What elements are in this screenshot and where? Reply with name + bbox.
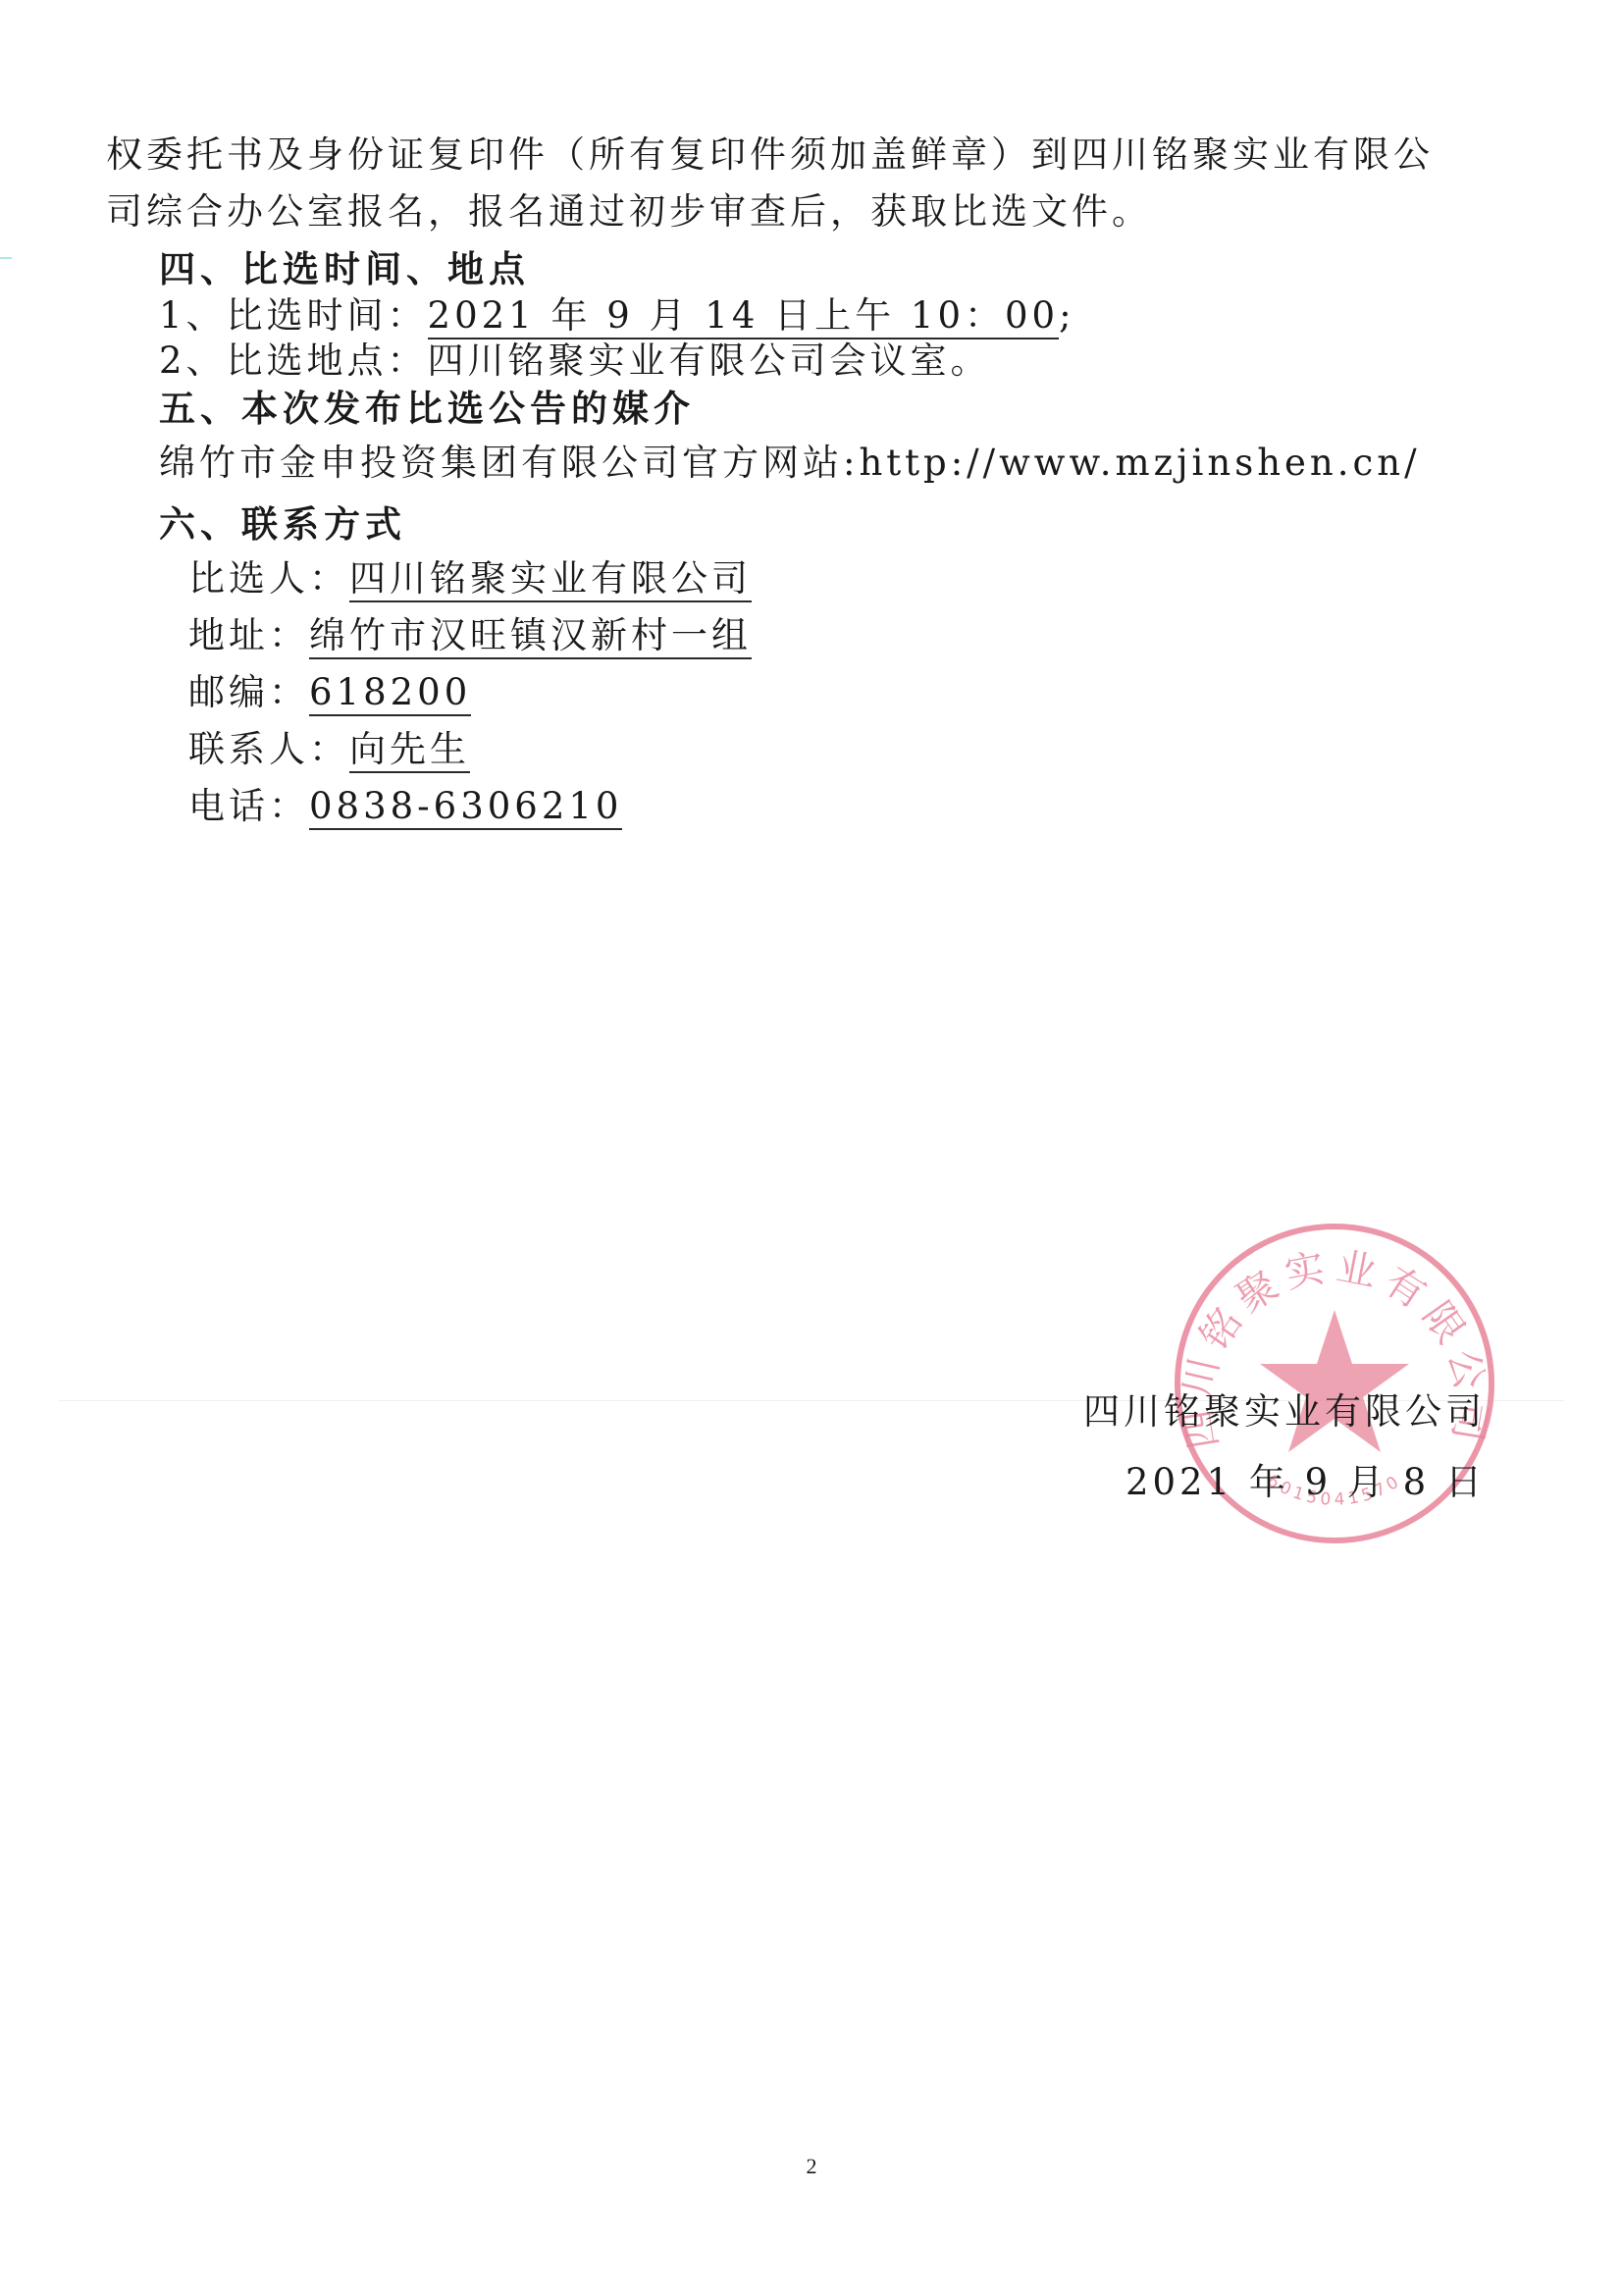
signature-company: 四川铭聚实业有限公司 — [1083, 1382, 1486, 1435]
contact-row-person: 联系人：向先生 — [188, 728, 470, 771]
contact-value-postcode: 618200 — [309, 671, 471, 716]
section-heading-contact: 六、联系方式 — [159, 502, 406, 546]
bid-time-label: 1、比选时间： — [159, 294, 428, 337]
contact-row-bidder: 比选人：四川铭聚实业有限公司 — [188, 557, 752, 600]
contact-row-phone: 电话：0838-6306210 — [188, 785, 622, 828]
contact-label-phone: 电话： — [188, 785, 309, 827]
section-heading-time-place: 四、比选时间、地点 — [159, 247, 530, 290]
page-number: 2 — [0, 2154, 1623, 2179]
section-heading-media: 五、本次发布比选公告的媒介 — [159, 387, 695, 430]
signature-date: 2021 年 9 月 8 日 — [1126, 1452, 1486, 1505]
bid-time-suffix: ; — [1059, 294, 1074, 337]
paragraph-line-1: 权委托书及身份证复印件（所有复印件须加盖鲜章）到四川铭聚实业有限公 — [106, 133, 1434, 177]
contact-value-address: 绵竹市汉旺镇汉新村一组 — [309, 614, 752, 659]
paragraph-line-2: 司综合办公室报名，报名通过初步审查后，获取比选文件。 — [106, 190, 1152, 234]
contact-label-bidder: 比选人： — [188, 557, 349, 600]
media-website-text: 绵竹市金申投资集团有限公司官方网站:http://www.mzjinshen.c… — [159, 442, 1421, 485]
bid-place-label: 2、比选地点： — [159, 339, 428, 382]
contact-label-person: 联系人： — [188, 728, 349, 770]
scan-edge-mark — [0, 257, 12, 259]
contact-value-bidder: 四川铭聚实业有限公司 — [349, 557, 752, 602]
bid-time-row: 1、比选时间：2021 年 9 月 14 日上午 10：00; — [159, 294, 1075, 338]
contact-value-phone: 0838-6306210 — [309, 785, 622, 830]
bid-time-value: 2021 年 9 月 14 日上午 10：00 — [428, 294, 1060, 339]
contact-label-address: 地址： — [188, 614, 309, 656]
document-page: 权委托书及身份证复印件（所有复印件须加盖鲜章）到四川铭聚实业有限公 司综合办公室… — [0, 0, 1623, 2296]
contact-label-postcode: 邮编： — [188, 671, 309, 713]
bid-place-value: 四川铭聚实业有限公司会议室。 — [428, 339, 991, 382]
contact-value-person: 向先生 — [349, 728, 470, 773]
contact-row-postcode: 邮编：618200 — [188, 671, 471, 714]
contact-row-address: 地址：绵竹市汉旺镇汉新村一组 — [188, 614, 752, 657]
bid-place-row: 2、比选地点：四川铭聚实业有限公司会议室。 — [159, 339, 991, 383]
